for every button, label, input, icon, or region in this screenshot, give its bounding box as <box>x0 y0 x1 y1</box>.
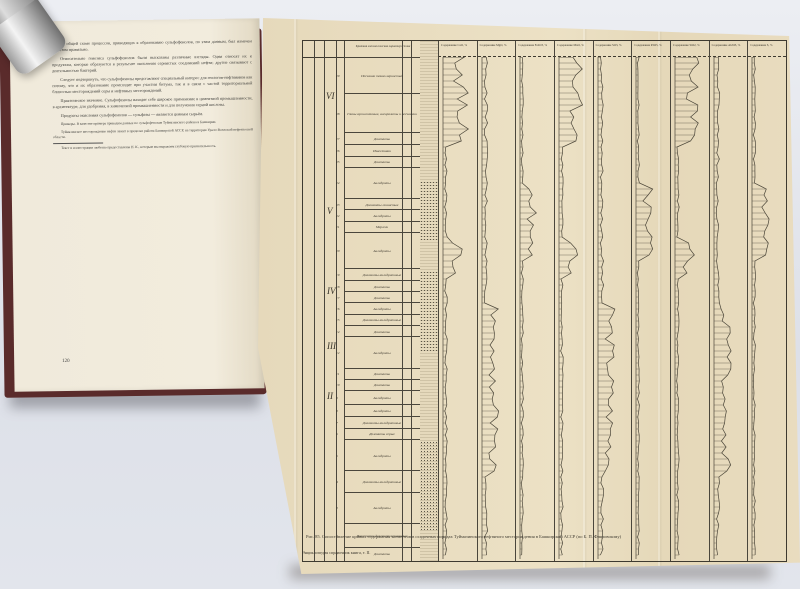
stratum-number: 17 <box>336 296 340 300</box>
lithology-header: Краткая литологическая характеристика <box>347 44 419 48</box>
horizon-label: II <box>327 391 333 401</box>
stratum-row: 28Глины аргиллитовые, алевролиты и песча… <box>344 93 420 133</box>
stratum-row: 20Ангидриты15,0 <box>344 232 420 269</box>
stratum-lithology: Доломиты <box>374 552 390 556</box>
stratum-number: 6 <box>336 432 338 436</box>
page-number: 120 <box>62 359 70 364</box>
element-curve-column: Содержание S, % <box>747 41 787 561</box>
element-profile <box>439 57 478 559</box>
stratum-lithology: Доломиты глинистые <box>366 203 399 207</box>
element-profile <box>478 57 517 559</box>
footnote-rule <box>53 142 103 144</box>
curve-label: Содержание MgO, % <box>480 43 515 47</box>
element-curve-column: Содержание MnO, % <box>554 41 594 561</box>
stratum-number: 22 <box>336 214 340 218</box>
stratum-lithology: Известняки <box>373 149 391 153</box>
stratum-number: 3 <box>336 506 338 510</box>
stratum-row: 3Ангидриты13,0 <box>344 492 420 524</box>
stratum-number: 18 <box>336 285 340 289</box>
horizon-label: IV <box>327 286 336 296</box>
element-profile <box>516 57 555 559</box>
element-curve-column: Содержание CaO, % <box>438 41 478 561</box>
stratum-number: 4 <box>336 480 338 484</box>
figure-caption: Рис. 85. Сопоставление кривых содержания… <box>306 534 786 539</box>
horizon-label: III <box>327 341 336 351</box>
curve-label: Содержание P2O5, % <box>634 43 669 47</box>
stratum-row: 29Песчаник тонко-зернистый15,0 <box>344 57 420 94</box>
element-profile <box>632 57 671 559</box>
stratum-number: 11 <box>336 372 339 376</box>
cylinder-cap <box>0 0 37 32</box>
paragraph: Следует подчеркнуть, что сульфофенолы пр… <box>52 74 252 95</box>
stratum-number: 10 <box>336 383 340 387</box>
stratum-number: 28 <box>336 112 340 116</box>
element-profile <box>671 57 710 559</box>
paragraph: Практическое значение. Сульфофенолы нахо… <box>53 95 253 110</box>
stratum-number: 5 <box>336 454 338 458</box>
paragraph: Относительно генезиса сульфофенолов были… <box>52 53 252 74</box>
stratigraphic-chart: Краткая литологическая характеристика VI… <box>302 40 787 562</box>
stratum-number: 29 <box>336 74 340 78</box>
stratum-number: 25 <box>336 160 340 164</box>
imprint-note: Энциклопедия справочник книга, т. II. <box>302 550 370 555</box>
element-profile <box>594 57 633 559</box>
stratum-row: 12Ангидриты13,0 <box>344 336 420 368</box>
stratum-lithology: Ангидриты <box>373 249 390 253</box>
foldout-diagram-sheet: Краткая литологическая характеристика VI… <box>258 8 800 574</box>
element-profile <box>748 57 787 559</box>
stratum-number: 27 <box>336 137 340 141</box>
stratum-lithology: Доломиты серые <box>369 432 395 436</box>
stratum-lithology: Доломиты <box>374 330 390 334</box>
stratigraphy-table: Краткая литологическая характеристика VI… <box>303 41 439 561</box>
curve-label: Содержание Fe2O3, % <box>518 43 553 47</box>
page-text: По общей схеме процессов, приводящих к о… <box>52 38 254 154</box>
column-divider <box>314 41 315 561</box>
stratum-lithology: Доломиты <box>374 160 390 164</box>
stratum-lithology: Ангидриты <box>373 214 390 218</box>
horizon-label: VI <box>326 91 335 101</box>
paragraph: По общей схеме процессов, приводящих к о… <box>52 38 252 53</box>
curve-label: Содержание CaO, % <box>441 43 476 47</box>
element-curve-column: Содержание SO3, % <box>593 41 633 561</box>
curve-label: Содержание MnO, % <box>557 43 592 47</box>
stratum-number: 19 <box>336 273 340 277</box>
element-curve-column: Содержание MgO, % <box>477 41 517 561</box>
curve-label: Содержание Al2O3, % <box>712 43 747 47</box>
curve-label: Содержание SO3, % <box>596 43 631 47</box>
element-curve-column: Содержание Fe2O3, % <box>515 41 555 561</box>
stratum-lithology: Ангидриты <box>373 351 390 355</box>
lithology-pattern <box>420 441 438 531</box>
element-curves: Содержание CaO, %Содержание MgO, %Содерж… <box>438 41 786 561</box>
curve-label: Содержание S, % <box>750 43 785 47</box>
stratum-number: 14 <box>336 330 340 334</box>
stratum-lithology: Глины аргиллитовые, алевролиты и песчани… <box>347 112 417 116</box>
stratum-lithology: Доломиты ангидритовые <box>363 421 401 425</box>
stratum-row: 5Ангидриты13,0 <box>344 439 420 471</box>
column-divider <box>324 41 325 561</box>
stratum-number: 9 <box>336 396 338 400</box>
stratum-number: 24 <box>336 181 340 185</box>
stratum-lithology: Доломиты <box>374 285 390 289</box>
element-curve-column: Содержание Al2O3, % <box>709 41 749 561</box>
stratum-lithology: Ангидриты <box>373 396 390 400</box>
stratum-row: 9Ангидриты6,0 <box>344 390 420 405</box>
stratum-number: 20 <box>336 249 340 253</box>
stratum-row: 4Доломиты ангидритовые9,0 <box>344 470 420 493</box>
paragraph: Примеры. В качестве примера приводим дан… <box>53 119 253 127</box>
stratum-number: 12 <box>336 351 340 355</box>
stratum-lithology: Доломиты ангидритовые <box>363 480 401 484</box>
stratum-number: 7 <box>336 421 338 425</box>
stratum-lithology: Ангидриты <box>373 409 390 413</box>
stratum-lithology: Доломиты <box>374 383 390 387</box>
element-curve-column: Содержание SiO2, % <box>670 41 710 561</box>
stratum-lithology: Песчаник тонко-зернистый <box>361 74 403 78</box>
paragraph: Туймазинское месторождение нефти лежит в… <box>53 127 253 140</box>
stratum-lithology: Доломиты ангидритовые <box>363 273 401 277</box>
curve-label: Содержание SiO2, % <box>673 43 708 47</box>
stratum-lithology: Ангидриты <box>373 307 390 311</box>
stratum-lithology: Мергели <box>376 225 388 229</box>
stratum-lithology: Доломиты <box>374 296 390 300</box>
stratum-lithology: Доломиты ангидритовые <box>363 318 401 322</box>
stratum-lithology: Ангидриты <box>373 454 390 458</box>
stratum-number: 16 <box>336 307 340 311</box>
lithology-pattern <box>420 271 438 351</box>
footnote: Текст и иллюстрации любезно предоставлен… <box>53 143 253 151</box>
element-profile <box>555 57 594 559</box>
stratum-number: 23 <box>336 203 340 207</box>
stratum-number: 26 <box>336 149 340 153</box>
element-profile <box>710 57 749 559</box>
stratum-row: 24Ангидриты13,0 <box>344 167 420 199</box>
stratum-lithology: Доломиты <box>374 372 390 376</box>
stratum-lithology: Доломиты <box>374 137 390 141</box>
fold-crease <box>294 8 296 574</box>
left-book-page: По общей схеме процессов, приводящих к о… <box>9 18 264 391</box>
stratum-number: 15 <box>336 318 340 322</box>
stratum-lithology: Ангидриты <box>373 181 390 185</box>
stratum-number: 21 <box>336 225 340 229</box>
lithology-pattern <box>420 181 438 241</box>
paragraph: Продукты окисления сульфофенолов — сульф… <box>53 110 253 119</box>
element-curve-column: Содержание P2O5, % <box>631 41 671 561</box>
horizon-label: V <box>327 206 333 216</box>
stratum-lithology: Ангидриты <box>373 506 390 510</box>
stratum-number: 8 <box>336 409 338 413</box>
